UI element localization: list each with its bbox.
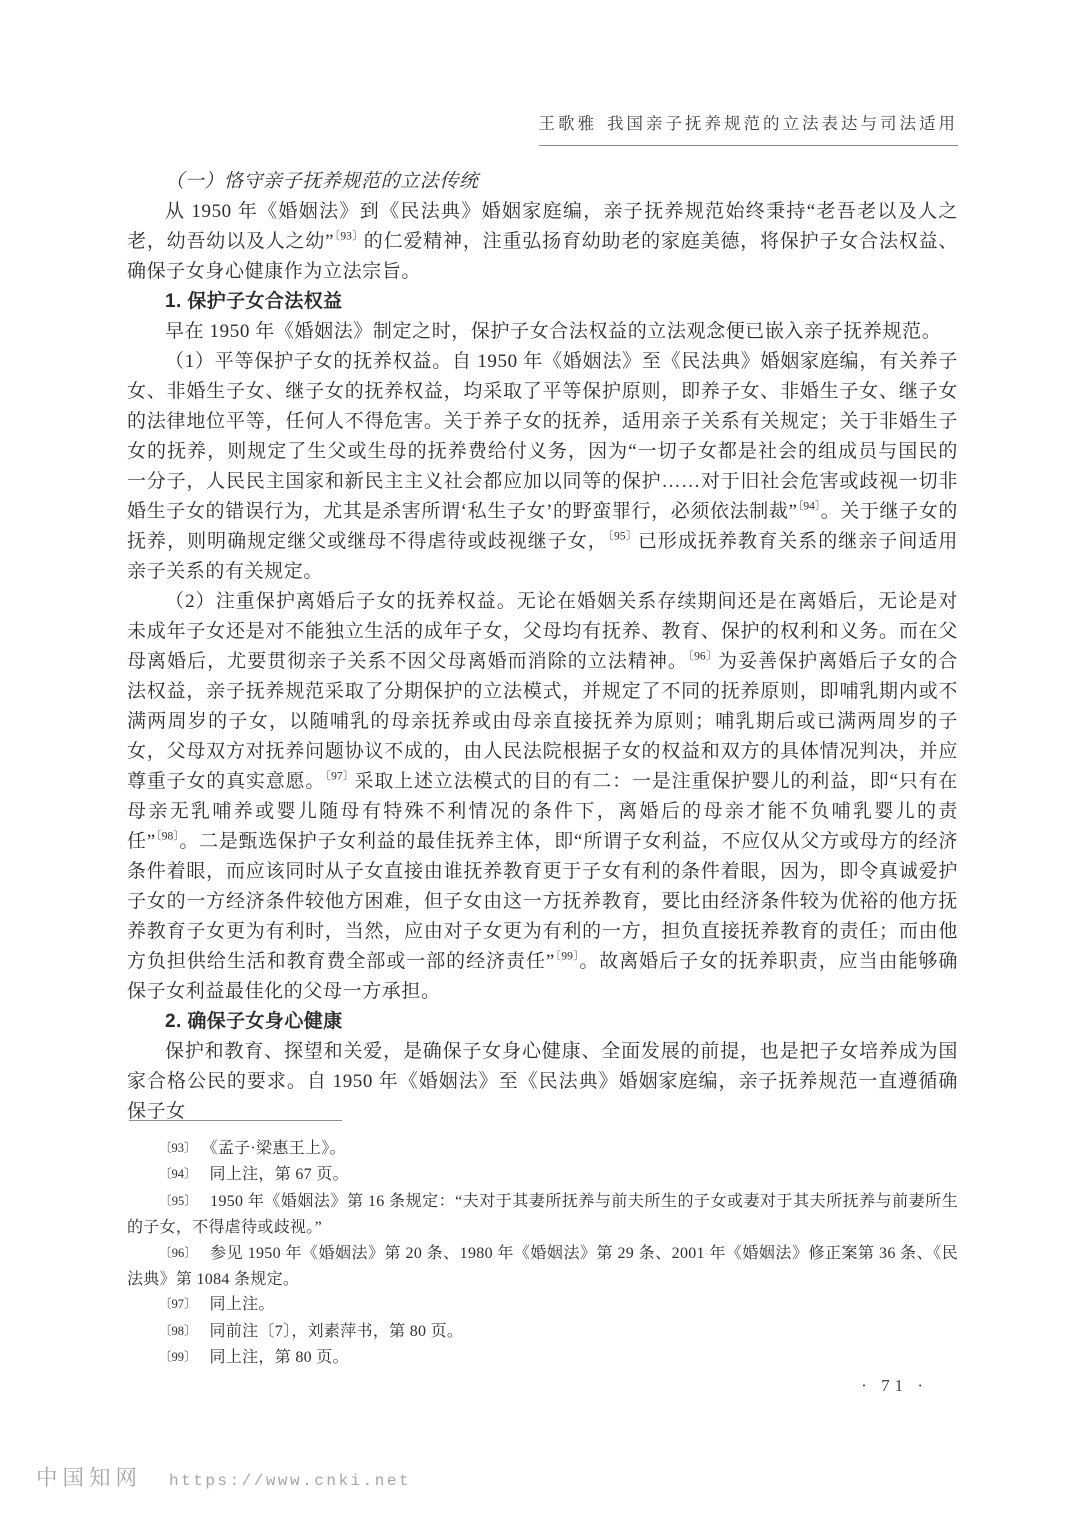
subheading-1: 1. 保护子女合法权益 xyxy=(127,287,958,317)
running-head-author: 王歌雅 xyxy=(539,114,598,133)
footnote-text: 参见 1950 年《婚姻法》第 20 条、1980 年《婚姻法》第 29 条、2… xyxy=(127,1245,958,1288)
footnote-text: 同上注。 xyxy=(210,1296,275,1313)
footnote-item: 〔95〕1950 年《婚姻法》第 16 条规定：“夫对于其妻所抚养与前夫所生的子… xyxy=(127,1189,958,1241)
section-heading: （一）恪守亲子抚养规范的立法传统 xyxy=(127,167,958,197)
running-head-title: 我国亲子抚养规范的立法表达与司法适用 xyxy=(607,114,958,133)
footnote-marker: 〔97〕 xyxy=(159,1297,197,1311)
footnote-ref: 〔93〕 xyxy=(334,231,364,243)
footnote-item: 〔98〕同前注〔7〕，刘素萍书，第 80 页。 xyxy=(127,1319,958,1345)
footnote-separator xyxy=(129,1120,342,1121)
footnote-text: 同前注〔7〕，刘素萍书，第 80 页。 xyxy=(210,1323,464,1340)
footnote-ref: 〔95〕 xyxy=(608,531,638,543)
footnote-item: 〔96〕参见 1950 年《婚姻法》第 20 条、1980 年《婚姻法》第 29… xyxy=(127,1241,958,1293)
paragraph-intro: 从 1950 年《婚姻法》到《民法典》婚姻家庭编，亲子抚养规范始终秉持“老吾老以… xyxy=(127,197,958,287)
running-head: 王歌雅我国亲子抚养规范的立法表达与司法适用 xyxy=(539,110,959,146)
footnote-item: 〔97〕同上注。 xyxy=(127,1292,958,1318)
paragraph-equal-protection: （1）平等保护子女的抚养权益。自 1950 年《婚姻法》至《民法典》婚姻家庭编，… xyxy=(127,347,958,587)
subheading-2: 2. 确保子女身心健康 xyxy=(127,1007,958,1037)
footnote-ref: 〔99〕 xyxy=(555,951,579,963)
footnote-text: 同上注，第 80 页。 xyxy=(210,1349,349,1366)
footnote-text: 1950 年《婚姻法》第 16 条规定：“夫对于其妻所抚养与前夫所生的子女或妻对… xyxy=(127,1193,958,1236)
footnote-ref: 〔98〕 xyxy=(156,831,180,843)
document-page: 王歌雅我国亲子抚养规范的立法表达与司法适用 （一）恪守亲子抚养规范的立法传统从 … xyxy=(0,0,1080,1527)
footnote-marker: 〔98〕 xyxy=(159,1324,197,1338)
footnote-item: 〔99〕同上注，第 80 页。 xyxy=(127,1345,958,1371)
paragraph-early-law: 早在 1950 年《婚姻法》制定之时，保护子女合法权益的立法观念便已嵌入亲子抚养… xyxy=(127,317,958,347)
footnote-marker: 〔96〕 xyxy=(159,1246,197,1260)
footnote-marker: 〔94〕 xyxy=(159,1167,197,1181)
footnote-marker: 〔99〕 xyxy=(159,1350,197,1364)
footnotes-block: 〔93〕《孟子·梁惠王上》。〔94〕同上注，第 67 页。〔95〕1950 年《… xyxy=(127,1136,958,1372)
paragraph-divorce-protection: （2）注重保护离婚后子女的抚养权益。无论在婚姻关系存续期间还是在离婚后，无论是对… xyxy=(127,587,958,1007)
watermark-url: https://www.cnki.net xyxy=(169,1472,411,1490)
page-number: · 71 · xyxy=(861,1376,928,1396)
footnote-marker: 〔95〕 xyxy=(159,1194,197,1208)
footnote-marker: 〔93〕 xyxy=(159,1141,197,1155)
footnote-ref: 〔94〕 xyxy=(798,501,821,513)
watermark-site-name: 中国知网 xyxy=(36,1461,142,1492)
article-body: （一）恪守亲子抚养规范的立法传统从 1950 年《婚姻法》到《民法典》婚姻家庭编… xyxy=(127,167,958,1127)
watermark: 中国知网 https://www.cnki.net xyxy=(36,1461,411,1492)
footnote-ref: 〔96〕 xyxy=(688,651,718,663)
footnote-ref: 〔97〕 xyxy=(325,771,354,783)
footnote-item: 〔93〕《孟子·梁惠王上》。 xyxy=(127,1136,958,1162)
paragraph-health: 保护和教育、探望和关爱，是确保子女身心健康、全面发展的前提，也是把子女培养成为国… xyxy=(127,1037,958,1127)
footnote-item: 〔94〕同上注，第 67 页。 xyxy=(127,1162,958,1188)
footnote-text: 同上注，第 67 页。 xyxy=(210,1166,349,1183)
footnote-text: 《孟子·梁惠王上》。 xyxy=(210,1140,346,1157)
